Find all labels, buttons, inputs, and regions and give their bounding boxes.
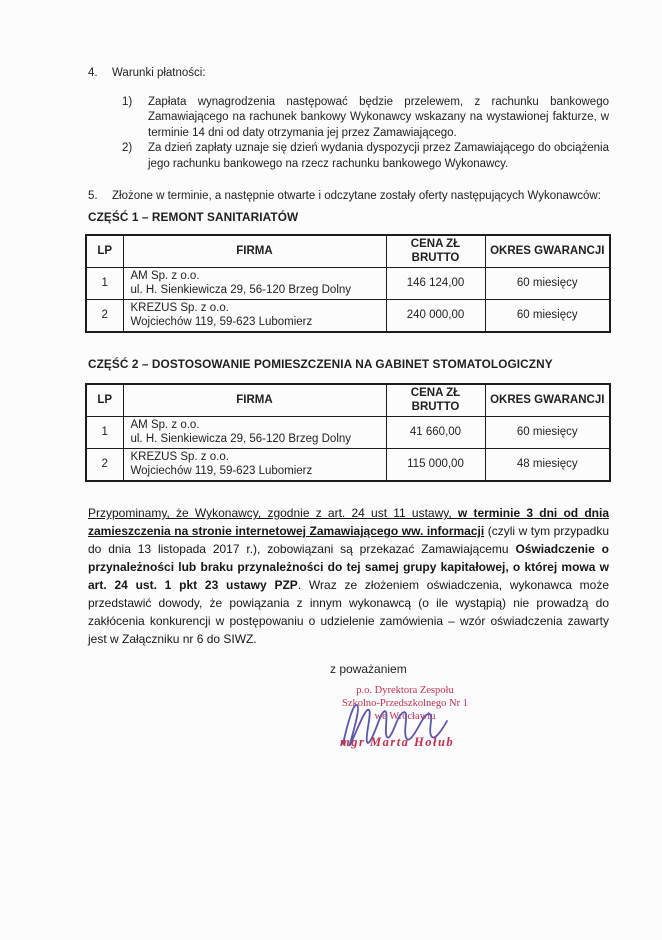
- signer-name: mgr Marta Hołub: [340, 735, 550, 750]
- cell-lp: 1: [86, 268, 123, 300]
- cell-price: 146 124,00: [386, 268, 485, 300]
- closing-block: z poważaniem p.o. Dyrektora Zespołu Szko…: [88, 662, 609, 802]
- payment-subitem-2: 2) Za dzień zapłaty uznaje się dzień wyd…: [122, 141, 609, 172]
- firm-address: ul. H. Sienkiewicza 29, 56-120 Brzeg Dol…: [131, 433, 382, 447]
- subitem-text: Zapłata wynagrodzenia następować będzie …: [148, 95, 609, 142]
- header-okres: OKRES GWARANCJI: [485, 384, 610, 417]
- table-header-row: LP FIRMA CENA ZŁ BRUTTO OKRES GWARANCJI: [86, 384, 610, 417]
- firm-address: Wojciechów 119, 59-623 Lubomierz: [131, 465, 382, 479]
- header-lp: LP: [86, 384, 123, 417]
- payment-terms-sublist: 1) Zapłata wynagrodzenia następować będz…: [122, 95, 609, 173]
- cell-lp: 2: [86, 449, 123, 482]
- payment-terms-item: 4. Warunki płatności:: [88, 66, 609, 82]
- cell-warranty: 60 miesięcy: [485, 300, 610, 333]
- firm-name: KREZUS Sp. z o.o.: [131, 302, 382, 316]
- firm-name: KREZUS Sp. z o.o.: [131, 451, 382, 465]
- offers-intro-item: 5. Złożone w terminie, a następnie otwar…: [88, 189, 609, 205]
- header-firma: FIRMA: [123, 384, 386, 417]
- header-cena: CENA ZŁ BRUTTO: [386, 384, 485, 417]
- offers-table-part2: LP FIRMA CENA ZŁ BRUTTO OKRES GWARANCJI …: [85, 383, 611, 482]
- table-row: 1 AM Sp. z o.o. ul. H. Sienkiewicza 29, …: [86, 268, 610, 300]
- header-firma: FIRMA: [123, 235, 386, 268]
- part1-heading: CZĘŚĆ 1 – REMONT SANITARIATÓW: [88, 210, 609, 225]
- cell-warranty: 48 miesięcy: [485, 449, 610, 482]
- firm-name: AM Sp. z o.o.: [131, 270, 382, 284]
- offers-table-part1: LP FIRMA CENA ZŁ BRUTTO OKRES GWARANCJI …: [85, 234, 611, 333]
- salutation: z poważaniem: [330, 662, 407, 676]
- subitem-number: 1): [122, 95, 148, 142]
- subitem-number: 2): [122, 141, 148, 172]
- payment-terms-title: Warunki płatności:: [112, 66, 609, 82]
- cell-price: 115 000,00: [386, 449, 485, 482]
- firm-name: AM Sp. z o.o.: [131, 419, 382, 433]
- table-row: 1 AM Sp. z o.o. ul. H. Sienkiewicza 29, …: [86, 417, 610, 449]
- cell-firm: KREZUS Sp. z o.o. Wojciechów 119, 59-623…: [123, 300, 386, 333]
- table-row: 2 KREZUS Sp. z o.o. Wojciechów 119, 59-6…: [86, 449, 610, 482]
- cell-lp: 2: [86, 300, 123, 333]
- offers-intro-text: Złożone w terminie, a następnie otwarte …: [112, 189, 609, 205]
- cell-lp: 1: [86, 417, 123, 449]
- header-cena: CENA ZŁ BRUTTO: [386, 235, 485, 268]
- header-lp: LP: [86, 235, 123, 268]
- cell-warranty: 60 miesięcy: [485, 417, 610, 449]
- table-header-row: LP FIRMA CENA ZŁ BRUTTO OKRES GWARANCJI: [86, 235, 610, 268]
- subitem-text: Za dzień zapłaty uznaje się dzień wydani…: [148, 141, 609, 172]
- payment-subitem-1: 1) Zapłata wynagrodzenia następować będz…: [122, 95, 609, 142]
- cell-firm: AM Sp. z o.o. ul. H. Sienkiewicza 29, 56…: [123, 268, 386, 300]
- firm-address: Wojciechów 119, 59-623 Lubomierz: [131, 316, 382, 330]
- item-number: 4.: [88, 66, 112, 82]
- cell-price: 41 660,00: [386, 417, 485, 449]
- item-number: 5.: [88, 189, 112, 205]
- cell-warranty: 60 miesięcy: [485, 268, 610, 300]
- cell-firm: KREZUS Sp. z o.o. Wojciechów 119, 59-623…: [123, 449, 386, 482]
- part2-heading: CZĘŚĆ 2 – DOSTOSOWANIE POMIESZCZENIA NA …: [88, 357, 609, 372]
- table-row: 2 KREZUS Sp. z o.o. Wojciechów 119, 59-6…: [86, 300, 610, 333]
- cell-firm: AM Sp. z o.o. ul. H. Sienkiewicza 29, 56…: [123, 417, 386, 449]
- reminder-paragraph: Przypominamy, że Wykonawcy, zgodnie z ar…: [88, 504, 609, 648]
- firm-address: ul. H. Sienkiewicza 29, 56-120 Brzeg Dol…: [131, 284, 382, 298]
- header-okres: OKRES GWARANCJI: [485, 235, 610, 268]
- document-page: 4. Warunki płatności: 1) Zapłata wynagro…: [0, 0, 662, 940]
- cell-price: 240 000,00: [386, 300, 485, 333]
- document-content: 4. Warunki płatności: 1) Zapłata wynagro…: [88, 66, 609, 802]
